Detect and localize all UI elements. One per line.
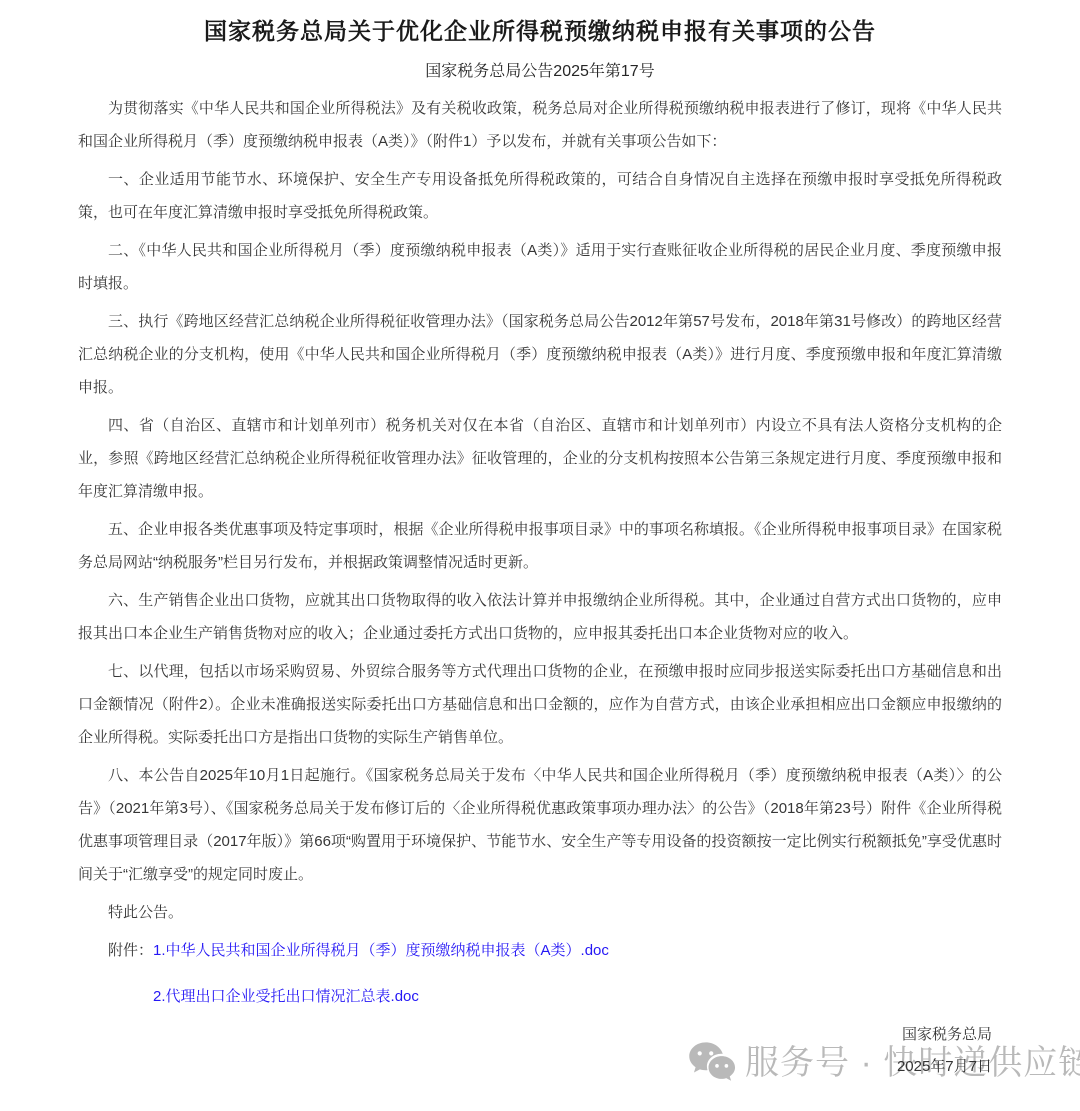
issue-date: 2025年7月7日 — [78, 1051, 992, 1083]
announcement-body: 为贯彻落实《中华人民共和国企业所得税法》及有关税收政策，税务总局对企业所得税预缴… — [78, 92, 1002, 1083]
paragraph-item-3: 三、执行《跨地区经营汇总纳税企业所得税征收管理办法》（国家税务总局公告2012年… — [78, 305, 1002, 404]
paragraph-intro: 为贯彻落实《中华人民共和国企业所得税法》及有关税收政策，税务总局对企业所得税预缴… — [78, 92, 1002, 158]
attachments-label: 附件： — [108, 934, 153, 967]
attachment-link-1[interactable]: 1.中华人民共和国企业所得税月（季）度预缴纳税申报表（A类）.doc — [153, 934, 609, 967]
paragraph-item-6: 六、生产销售企业出口货物，应就其出口货物取得的收入依法计算并申报缴纳企业所得税。… — [78, 584, 1002, 650]
paragraph-item-5: 五、企业申报各类优惠事项及特定事项时，根据《企业所得税申报事项目录》中的事项名称… — [78, 513, 1002, 579]
attachments-block: 附件： 1.中华人民共和国企业所得税月（季）度预缴纳税申报表（A类）.doc 2… — [108, 934, 1002, 1013]
paragraph-item-4: 四、省（自治区、直辖市和计划单列市）税务机关对仅在本省（自治区、直辖市和计划单列… — [78, 409, 1002, 508]
paragraph-item-7: 七、以代理，包括以市场采购贸易、外贸综合服务等方式代理出口货物的企业，在预缴申报… — [78, 655, 1002, 754]
doc-number: 国家税务总局公告2025年第17号 — [0, 61, 1080, 83]
signature-block: 国家税务总局 2025年7月7日 — [78, 1019, 1002, 1083]
attachments-list: 1.中华人民共和国企业所得税月（季）度预缴纳税申报表（A类）.doc 2.代理出… — [153, 934, 609, 1013]
paragraph-item-8: 八、本公告自2025年10月1日起施行。《国家税务总局关于发布〈中华人民共和国企… — [78, 759, 1002, 891]
paragraph-item-1: 一、企业适用节能节水、环境保护、安全生产专用设备抵免所得税政策的，可结合自身情况… — [78, 163, 1002, 229]
closing-line: 特此公告。 — [78, 896, 1002, 929]
issuer-name: 国家税务总局 — [78, 1019, 992, 1051]
attachment-link-2[interactable]: 2.代理出口企业受托出口情况汇总表.doc — [153, 980, 609, 1013]
page-title: 国家税务总局关于优化企业所得税预缴纳税申报有关事项的公告 — [0, 0, 1080, 46]
paragraph-item-2: 二、《中华人民共和国企业所得税月（季）度预缴纳税申报表（A类）》适用于实行查账征… — [78, 234, 1002, 300]
announcement-page: 国家税务总局关于优化企业所得税预缴纳税申报有关事项的公告 国家税务总局公告202… — [0, 0, 1080, 1111]
